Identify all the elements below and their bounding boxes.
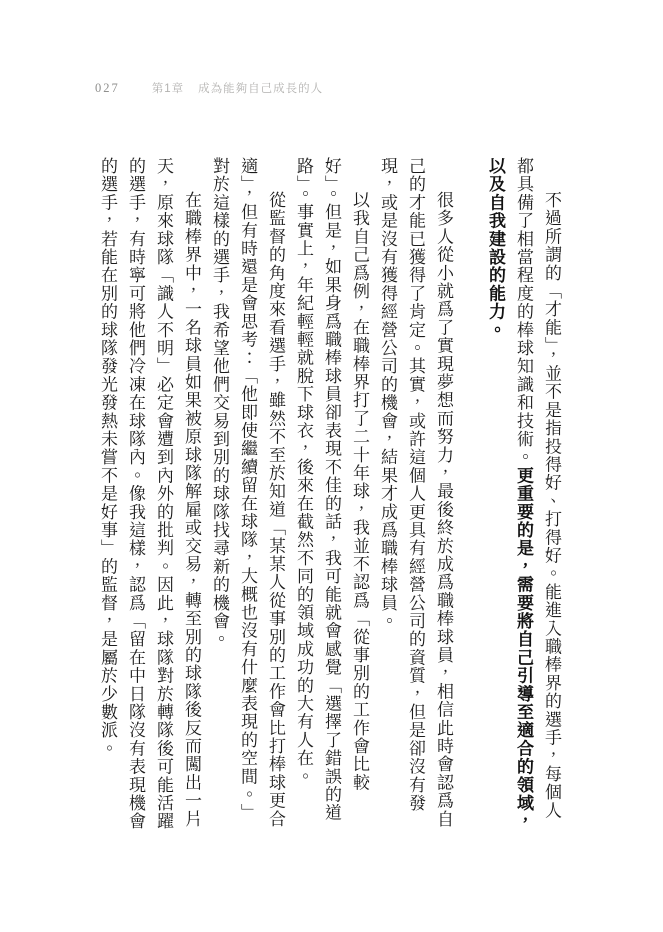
chapter-label: 第1章 (152, 80, 184, 96)
body-paragraph: 以我自己爲例，在職棒界打了二十年球，我並不認爲「從事別的工作會比較好」。但是，如… (289, 157, 373, 833)
page-body: 不過所謂的「才能」，並不是指投得好、打得好。能進入職棒界的選手，每個人都具備了相… (93, 157, 565, 833)
body-text: 在職棒界中，一名球員如果被原球隊解雇或交易，轉至別的球隊後反而闖出一片天，原來球… (98, 157, 201, 830)
body-text: 從監督的角度來看選手，雖然不至於知道「某某人從事別的工作會比打棒球更合適」，但有… (210, 157, 285, 828)
page-number: 027 (95, 81, 120, 96)
body-text: 以我自己爲例，在職棒界打了二十年球，我並不認爲「從事別的工作會比較好」。但是，如… (294, 157, 369, 822)
running-header: 027 第1章 成為能夠自己成長的人 (95, 80, 323, 96)
book-page: 027 第1章 成為能夠自己成長的人 不過所謂的「才能」，並不是指投得好、打得好… (0, 0, 663, 932)
body-paragraph: 很多人從小就爲了實現夢想而努力，最後終於成爲職棒球員，相信此時會認爲自己的才能已… (373, 157, 457, 833)
body-paragraph: 從監督的角度來看選手，雖然不至於知道「某某人從事別的工作會比打棒球更合適」，但有… (205, 157, 289, 833)
chapter-title: 成為能夠自己成長的人 (198, 80, 323, 96)
body-paragraph: 不過所謂的「才能」，並不是指投得好、打得好。能進入職棒界的選手，每個人都具備了相… (481, 157, 565, 833)
body-paragraph: 在職棒界中，一名球員如果被原球隊解雇或交易，轉至別的球隊後反而闖出一片天，原來球… (93, 157, 205, 833)
body-text: 很多人從小就爲了實現夢想而努力，最後終於成爲職棒球員，相信此時會認爲自己的才能已… (378, 157, 453, 828)
